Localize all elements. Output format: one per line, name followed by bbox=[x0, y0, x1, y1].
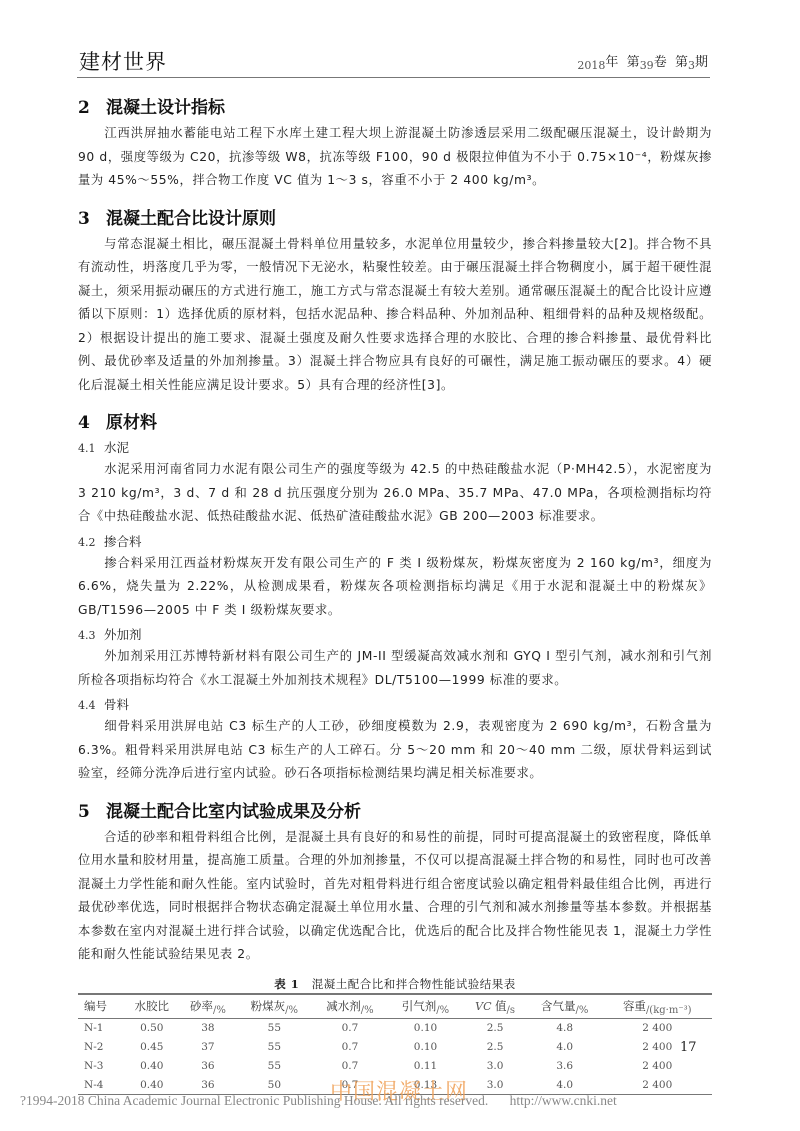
table-row: N-2 0.45 37 55 0.7 0.10 2.5 4.0 2 400 bbox=[78, 1038, 712, 1057]
col-header-air-entrainer: 引气剂/% bbox=[388, 994, 464, 1019]
table-row: N-1 0.50 38 55 0.7 0.10 2.5 4.8 2 400 bbox=[78, 1019, 712, 1038]
cell-id: N-2 bbox=[78, 1038, 124, 1057]
subsection-4-2-paragraph: 掺合料采用江西益材粉煤灰开发有限公司生产的 F 类 I 级粉煤灰，粉煤灰密度为 … bbox=[78, 552, 712, 623]
paragraph-text: 与常态混凝土相比，碾压混凝土骨料单位用量较多，水泥单位用量较少，掺合料掺量较大[… bbox=[78, 237, 712, 392]
cell-water-reducer: 0.7 bbox=[312, 1019, 388, 1038]
header-label: 含气量 bbox=[541, 999, 576, 1013]
cell-wb-ratio: 0.40 bbox=[124, 1057, 179, 1076]
section-title: 混凝土配合比室内试验成果及分析 bbox=[106, 802, 361, 822]
page-header: 建材世界 2018年 第39卷 第3期 bbox=[77, 44, 710, 78]
cell-air-entrainer: 0.10 bbox=[388, 1038, 464, 1057]
cell-wb-ratio: 0.45 bbox=[124, 1038, 179, 1057]
cell-sand-ratio: 36 bbox=[179, 1057, 236, 1076]
cell-wb-ratio: 0.50 bbox=[124, 1019, 179, 1038]
section-heading-3: 3混凝土配合比设计原则 bbox=[78, 207, 712, 231]
header-label: 水胶比 bbox=[135, 999, 170, 1013]
cell-wb-ratio: 0.40 bbox=[124, 1076, 179, 1095]
cell-unit-weight: 2 400 bbox=[602, 1019, 712, 1038]
section-title: 原材料 bbox=[106, 413, 157, 433]
cell-vc-value: 3.0 bbox=[463, 1057, 527, 1076]
cell-unit-weight: 2 400 bbox=[602, 1076, 712, 1095]
volume-prefix: 第 bbox=[627, 55, 640, 70]
section-5-paragraph: 合适的砂率和粗骨料组合比例，是混凝土具有良好的和易性的前提，同时可提高混凝土的致… bbox=[78, 826, 712, 967]
header-unit: /s bbox=[507, 1005, 516, 1016]
section-title: 混凝土设计指标 bbox=[106, 98, 225, 118]
subsection-4-4-paragraph: 细骨料采用洪屏电站 C3 标生产的人工砂，砂细度模数为 2.9，表观密度为 2 … bbox=[78, 715, 712, 786]
paragraph-text: 细骨料采用洪屏电站 C3 标生产的人工砂，砂细度模数为 2.9，表观密度为 2 … bbox=[78, 719, 712, 780]
cell-vc-value: 2.5 bbox=[463, 1038, 527, 1057]
year-label: 年 bbox=[605, 55, 618, 70]
subsection-title: 外加剂 bbox=[104, 627, 142, 642]
cell-unit-weight: 2 400 bbox=[602, 1057, 712, 1076]
section-2-paragraph: 江西洪屏抽水蓄能电站工程下水库土建工程大坝上游混凝土防渗透层采用二级配碾压混凝土… bbox=[78, 122, 712, 193]
section-number: 2 bbox=[78, 96, 106, 120]
subsection-4-1-paragraph: 水泥采用河南省同力水泥有限公司生产的强度等级为 42.5 的中热硅酸盐水泥（P·… bbox=[78, 458, 712, 529]
header-unit: /% bbox=[361, 1005, 374, 1016]
subsection-number: 4.3 bbox=[78, 627, 104, 645]
issue: 3 bbox=[688, 59, 695, 72]
subsection-4-3-paragraph: 外加剂采用江苏博特新材料有限公司生产的 JM-II 型缓凝高效减水剂和 GYQ … bbox=[78, 645, 712, 692]
cell-air-entrainer: 0.11 bbox=[388, 1057, 464, 1076]
header-label: 引气剂 bbox=[402, 999, 437, 1013]
cell-id: N-1 bbox=[78, 1019, 124, 1038]
issue-info: 2018年 第39卷 第3期 bbox=[577, 51, 708, 70]
cell-air-content: 4.0 bbox=[527, 1076, 603, 1095]
cell-id: N-4 bbox=[78, 1076, 124, 1095]
cell-sand-ratio: 37 bbox=[179, 1038, 236, 1057]
subsection-number: 4.1 bbox=[78, 440, 104, 458]
table-title: 混凝土配合比和拌合物性能试验结果表 bbox=[312, 977, 516, 991]
cell-water-reducer: 0.7 bbox=[312, 1038, 388, 1057]
header-unit: /% bbox=[213, 1005, 226, 1016]
issue-prefix: 第 bbox=[675, 55, 688, 70]
col-header-water-reducer: 减水剂/% bbox=[312, 994, 388, 1019]
header-label: 容重 bbox=[623, 999, 646, 1013]
section-number: 5 bbox=[78, 800, 106, 824]
header-unit: /(kg·m⁻³) bbox=[646, 1005, 692, 1016]
col-header-sand-ratio: 砂率/% bbox=[179, 994, 236, 1019]
paragraph-text: 水泥采用河南省同力水泥有限公司生产的强度等级为 42.5 的中热硅酸盐水泥（P·… bbox=[78, 462, 712, 523]
cell-fly-ash: 55 bbox=[237, 1019, 313, 1038]
header-unit: /% bbox=[436, 1005, 449, 1016]
cell-sand-ratio: 36 bbox=[179, 1076, 236, 1095]
subsection-number: 4.2 bbox=[78, 534, 104, 552]
cell-fly-ash: 55 bbox=[237, 1057, 313, 1076]
cnki-link[interactable]: http://www.cnki.net bbox=[510, 1093, 617, 1108]
cell-vc-value: 2.5 bbox=[463, 1019, 527, 1038]
header-label: 减水剂 bbox=[326, 999, 361, 1013]
section-number: 3 bbox=[78, 207, 106, 231]
section-heading-4: 4原材料 bbox=[78, 411, 712, 435]
table-header-row: 编号 水胶比 砂率/% 粉煤灰/% 减水剂/% 引气剂/% VC 值/s 含气量… bbox=[78, 994, 712, 1019]
cell-vc-value: 3.0 bbox=[463, 1076, 527, 1095]
cell-air-content: 4.0 bbox=[527, 1038, 603, 1057]
paragraph-text: 江西洪屏抽水蓄能电站工程下水库土建工程大坝上游混凝土防渗透层采用二级配碾压混凝土… bbox=[78, 126, 712, 187]
header-label: 砂率 bbox=[190, 999, 213, 1013]
col-header-fly-ash: 粉煤灰/% bbox=[237, 994, 313, 1019]
subsection-heading-4-1: 4.1水泥 bbox=[78, 439, 712, 458]
year: 2018 bbox=[577, 59, 605, 72]
section-title: 混凝土配合比设计原则 bbox=[106, 209, 276, 229]
cell-air-entrainer: 0.10 bbox=[388, 1019, 464, 1038]
header-label: 编号 bbox=[84, 999, 107, 1013]
header-label: 值 bbox=[495, 999, 507, 1013]
table-number: 表 1 bbox=[274, 977, 299, 991]
cell-air-content: 4.8 bbox=[527, 1019, 603, 1038]
header-label: 粉煤灰 bbox=[251, 999, 286, 1013]
volume-label: 卷 bbox=[654, 55, 667, 70]
table-caption: 表 1 混凝土配合比和拌合物性能试验结果表 bbox=[78, 975, 712, 993]
subsection-title: 水泥 bbox=[104, 440, 129, 455]
cell-fly-ash: 55 bbox=[237, 1038, 313, 1057]
header-unit: /% bbox=[575, 1005, 588, 1016]
paragraph-text: 合适的砂率和粗骨料组合比例，是混凝土具有良好的和易性的前提，同时可提高混凝土的致… bbox=[78, 830, 712, 962]
col-header-air-content: 含气量/% bbox=[527, 994, 603, 1019]
section-heading-2: 2混凝土设计指标 bbox=[78, 96, 712, 120]
paragraph-text: 掺合料采用江西益材粉煤灰开发有限公司生产的 F 类 I 级粉煤灰，粉煤灰密度为 … bbox=[78, 556, 712, 617]
paragraph-text: 外加剂采用江苏博特新材料有限公司生产的 JM-II 型缓凝高效减水剂和 GYQ … bbox=[78, 649, 712, 687]
cell-fly-ash: 50 bbox=[237, 1076, 313, 1095]
article-body: 2混凝土设计指标 江西洪屏抽水蓄能电站工程下水库土建工程大坝上游混凝土防渗透层采… bbox=[78, 96, 712, 1095]
col-header-wb-ratio: 水胶比 bbox=[124, 994, 179, 1019]
section-3-paragraph: 与常态混凝土相比，碾压混凝土骨料单位用量较多，水泥单位用量较少，掺合料掺量较大[… bbox=[78, 233, 712, 398]
subsection-title: 掺合料 bbox=[104, 534, 142, 549]
copyright-text: ?1994-2018 China Academic Journal Electr… bbox=[20, 1093, 488, 1108]
section-heading-5: 5混凝土配合比室内试验成果及分析 bbox=[78, 800, 712, 824]
col-header-unit-weight: 容重/(kg·m⁻³) bbox=[602, 994, 712, 1019]
cell-sand-ratio: 38 bbox=[179, 1019, 236, 1038]
subsection-title: 骨料 bbox=[104, 697, 129, 712]
issue-label: 期 bbox=[695, 55, 708, 70]
header-prefix: VC bbox=[475, 1000, 495, 1013]
journal-name: 建材世界 bbox=[79, 46, 167, 76]
cell-air-content: 3.6 bbox=[527, 1057, 603, 1076]
volume: 39 bbox=[640, 59, 654, 72]
section-number: 4 bbox=[78, 411, 106, 435]
cell-water-reducer: 0.7 bbox=[312, 1057, 388, 1076]
cell-id: N-3 bbox=[78, 1057, 124, 1076]
subsection-heading-4-2: 4.2掺合料 bbox=[78, 533, 712, 552]
header-unit: /% bbox=[285, 1005, 298, 1016]
page-number: 17 bbox=[680, 1040, 697, 1055]
table-row: N-3 0.40 36 55 0.7 0.11 3.0 3.6 2 400 bbox=[78, 1057, 712, 1076]
subsection-heading-4-3: 4.3外加剂 bbox=[78, 626, 712, 645]
col-header-vc-value: VC 值/s bbox=[463, 994, 527, 1019]
subsection-number: 4.4 bbox=[78, 697, 104, 715]
col-header-id: 编号 bbox=[78, 994, 124, 1019]
subsection-heading-4-4: 4.4骨料 bbox=[78, 696, 712, 715]
copyright-footer: ?1994-2018 China Academic Journal Electr… bbox=[20, 1093, 617, 1109]
